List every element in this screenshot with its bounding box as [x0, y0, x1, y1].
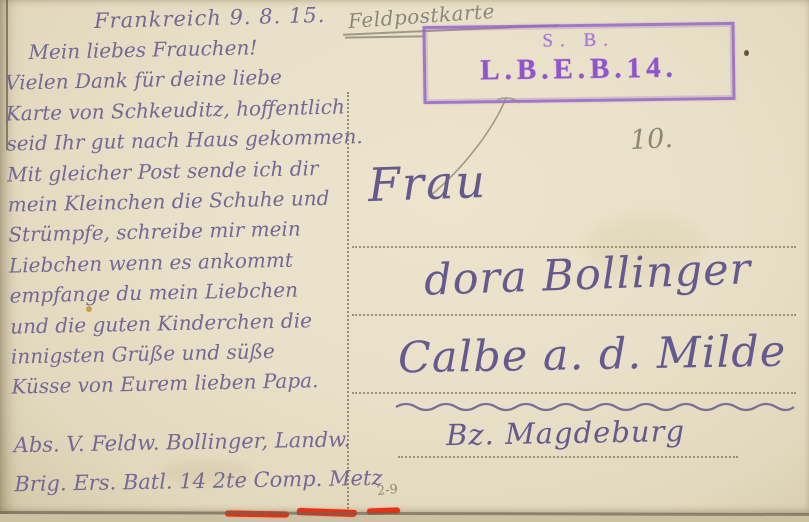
feldpost-unit-stamp: S. B. L.B.E.B.14. [422, 22, 735, 104]
wavy-underline [394, 398, 800, 414]
postcard-scan: Frankreich 9. 8. 15. Feldpostkarte S. B.… [0, 0, 809, 522]
sender-block: Abs. V. Feldw. Bollinger, Landw. Brig. E… [13, 420, 382, 504]
address-line-town: Calbe a. d. Milde [398, 327, 787, 384]
address-rule [398, 456, 738, 458]
message-line: Küsse von Eurem lieben Papa. [11, 365, 356, 403]
message-body: Mein liebes Frauchen! Vielen Dank für de… [4, 30, 356, 402]
address-rule [352, 392, 796, 394]
stamp-text-unit: L.B.E.B.14. [426, 51, 732, 88]
dateline: Frankreich 9. 8. 15. [94, 3, 326, 33]
stamp-text-sb: S. B. [426, 28, 732, 54]
address-line-name: dora Bollinger [423, 244, 752, 305]
strike-line [345, 35, 423, 38]
address-rule [352, 314, 796, 316]
paper-speck [744, 50, 749, 56]
sender-line-1: Abs. V. Feldw. Bollinger, Landw. [13, 420, 382, 465]
address-line-frau: Frau [367, 154, 488, 212]
postcard-back: Frankreich 9. 8. 15. Feldpostkarte S. B.… [0, 0, 809, 514]
address-line-district: Bz. Magdeburg [446, 414, 686, 452]
pencil-postage-note: 10. [629, 123, 674, 156]
sender-line-2: Brig. Ers. Batl. 14 2te Comp. Metz [14, 459, 383, 504]
pencil-number: 2-9 [376, 482, 398, 499]
